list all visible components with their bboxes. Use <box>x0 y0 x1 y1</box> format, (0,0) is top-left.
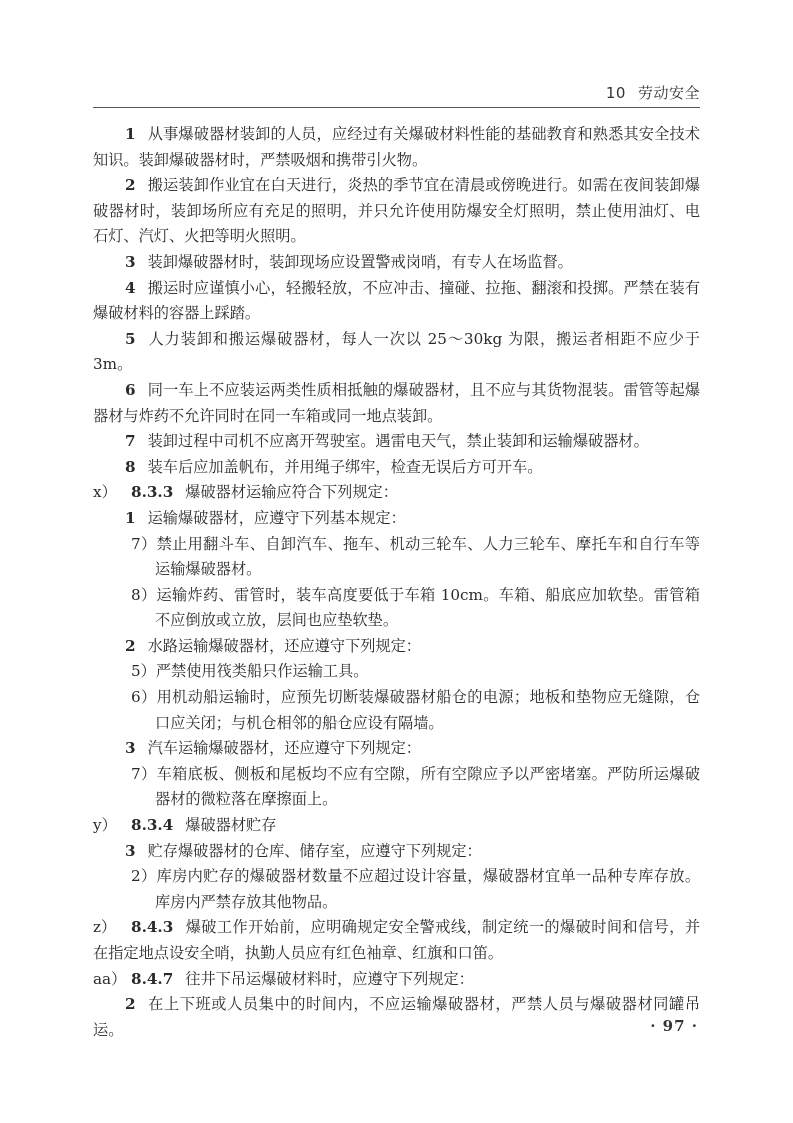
chapter-title: 劳动安全 <box>638 84 700 102</box>
item-number: 7 <box>125 432 136 450</box>
paragraph-sub2: 7）禁止用翻斗车、自卸汽车、拖车、机动三轮车、人力三轮车、摩托车和自行车等运输爆… <box>93 532 700 583</box>
item-number: 5） <box>131 662 156 680</box>
paragraph-indent: 1从事爆破器材装卸的人员，应经过有关爆破材料性能的基础教育和熟悉其安全技术知识。… <box>93 122 700 173</box>
paragraph-text: 严禁使用筏类船只作运输工具。 <box>156 662 369 680</box>
paragraph-text: 搬运时应谨慎小心，轻搬轻放，不应冲击、撞碰、拉拖、翻滚和投掷。严禁在装有爆破材料… <box>93 279 700 323</box>
paragraph-text: 爆破工作开始前，应明确规定安全警戒线，制定统一的爆破时间和信号，并在指定地点设安… <box>93 918 700 962</box>
paragraph-sub2: 7）车箱底板、侧板和尾板均不应有空隙，所有空隙应予以严密堵塞。严防所运爆破器材的… <box>93 762 700 813</box>
clause-label: aa） <box>93 967 131 993</box>
paragraph-text: 爆破器材贮存 <box>185 816 276 834</box>
item-number: 2） <box>131 867 157 885</box>
paragraph-text: 水路运输爆破器材，还应遵守下列规定： <box>148 637 421 655</box>
paragraph-text: 用机动船运输时，应预先切断装爆破器材船仓的电源；地板和垫物应无缝隙，仓口应关闭；… <box>155 688 700 732</box>
paragraph-indent: 2搬运装卸作业宜在白天进行，炎热的季节宜在清晨或傍晚进行。如需在夜间装卸爆破器材… <box>93 173 700 250</box>
paragraph-text: 往井下吊运爆破材料时，应遵守下列规定： <box>185 970 474 988</box>
item-number: 3 <box>125 253 136 271</box>
paragraph-text: 装卸爆破器材时，装卸现场应设置警戒岗哨，有专人在场监督。 <box>148 253 573 271</box>
page-number: · 97 · <box>650 1017 698 1035</box>
item-number: 4 <box>125 279 136 297</box>
paragraph-text: 贮存爆破器材的仓库、储存室，应遵守下列规定： <box>148 842 482 860</box>
paragraph-text: 同一车上不应装运两类性质相抵触的爆破器材，且不应与其货物混装。雷管等起爆器材与炸… <box>93 381 700 425</box>
body-text: 1从事爆破器材装卸的人员，应经过有关爆破材料性能的基础教育和熟悉其安全技术知识。… <box>93 122 700 1043</box>
paragraph-clause: y）8.3.4爆破器材贮存 <box>93 813 700 839</box>
paragraph-text: 爆破器材运输应符合下列规定： <box>185 483 398 501</box>
paragraph-clause: aa）8.4.7往井下吊运爆破材料时，应遵守下列规定： <box>93 967 700 993</box>
paragraph-text: 汽车运输爆破器材，还应遵守下列规定： <box>148 739 421 757</box>
item-number: 1 <box>125 125 136 143</box>
item-number: 7） <box>131 765 157 783</box>
paragraph-indent: 6同一车上不应装运两类性质相抵触的爆破器材，且不应与其货物混装。雷管等起爆器材与… <box>93 378 700 429</box>
clause-number: 8.4.7 <box>131 970 173 988</box>
paragraph-text: 装车后应加盖帆布，并用绳子绑牢，检查无误后方可开车。 <box>148 458 543 476</box>
header-rule <box>93 107 700 108</box>
item-number: 2 <box>125 176 136 194</box>
paragraph-sub1: 3贮存爆破器材的仓库、储存室，应遵守下列规定： <box>93 839 700 865</box>
item-number: 1 <box>125 509 136 527</box>
paragraph-sub1: 1运输爆破器材，应遵守下列基本规定： <box>93 506 700 532</box>
clause-label: z） <box>93 915 131 941</box>
paragraph-indent: 3装卸爆破器材时，装卸现场应设置警戒岗哨，有专人在场监督。 <box>93 250 700 276</box>
paragraph-clause: x）8.3.3爆破器材运输应符合下列规定： <box>93 480 700 506</box>
item-number: 6） <box>131 688 157 706</box>
item-number: 2 <box>125 637 136 655</box>
item-number: 8） <box>131 586 156 604</box>
clause-label: x） <box>93 480 131 506</box>
paragraph-text: 装卸过程中司机不应离开驾驶室。遇雷电天气，禁止装卸和运输爆破器材。 <box>148 432 649 450</box>
paragraph-text: 人力装卸和搬运爆破器材，每人一次以 25～30kg 为限，搬运者相距不应少于 3… <box>93 330 700 374</box>
paragraph-indent: 2在上下班或人员集中的时间内，不应运输爆破器材，严禁人员与爆破器材同罐吊运。 <box>93 992 700 1043</box>
paragraph-sub2: 8）运输炸药、雷管时，装车高度要低于车箱 10cm。车箱、船底应加软垫。雷管箱不… <box>93 583 700 634</box>
clause-number: 8.3.3 <box>131 483 173 501</box>
paragraph-sub2: 2）库房内贮存的爆破器材数量不应超过设计容量，爆破器材宜单一品种专库存放。库房内… <box>93 864 700 915</box>
paragraph-text: 禁止用翻斗车、自卸汽车、拖车、机动三轮车、人力三轮车、摩托车和自行车等运输爆破器… <box>155 535 700 579</box>
item-number: 8 <box>125 458 136 476</box>
item-number: 3 <box>125 842 136 860</box>
chapter-number: 10 <box>606 84 626 102</box>
paragraph-clause: z）8.4.3爆破工作开始前，应明确规定安全警戒线，制定统一的爆破时间和信号，并… <box>93 915 700 966</box>
paragraph-indent: 5人力装卸和搬运爆破器材，每人一次以 25～30kg 为限，搬运者相距不应少于 … <box>93 327 700 378</box>
item-number: 7） <box>131 535 157 553</box>
paragraph-sub2: 5）严禁使用筏类船只作运输工具。 <box>93 659 700 685</box>
item-number: 5 <box>125 330 136 348</box>
clause-number: 8.3.4 <box>131 816 173 834</box>
paragraph-text: 在上下班或人员集中的时间内，不应运输爆破器材，严禁人员与爆破器材同罐吊运。 <box>93 995 700 1039</box>
paragraph-sub1: 2水路运输爆破器材，还应遵守下列规定： <box>93 634 700 660</box>
header-chapter: 10劳动安全 <box>606 82 700 103</box>
item-number: 6 <box>125 381 136 399</box>
paragraph-text: 运输炸药、雷管时，装车高度要低于车箱 10cm。车箱、船底应加软垫。雷管箱不应倒… <box>155 586 700 630</box>
clause-number: 8.4.3 <box>131 918 173 936</box>
paragraph-text: 库房内贮存的爆破器材数量不应超过设计容量，爆破器材宜单一品种专库存放。库房内严禁… <box>155 867 700 911</box>
paragraph-indent: 4搬运时应谨慎小心，轻搬轻放，不应冲击、撞碰、拉拖、翻滚和投掷。严禁在装有爆破材… <box>93 276 700 327</box>
paragraph-text: 从事爆破器材装卸的人员，应经过有关爆破材料性能的基础教育和熟悉其安全技术知识。装… <box>93 125 700 169</box>
paragraph-text: 运输爆破器材，应遵守下列基本规定： <box>148 509 406 527</box>
paragraph-text: 车箱底板、侧板和尾板均不应有空隙，所有空隙应予以严密堵塞。严防所运爆破器材的微粒… <box>155 765 700 809</box>
paragraph-text: 搬运装卸作业宜在白天进行，炎热的季节宜在清晨或傍晚进行。如需在夜间装卸爆破器材时… <box>93 176 700 245</box>
paragraph-sub1: 3汽车运输爆破器材，还应遵守下列规定： <box>93 736 700 762</box>
item-number: 3 <box>125 739 136 757</box>
paragraph-indent: 7装卸过程中司机不应离开驾驶室。遇雷电天气，禁止装卸和运输爆破器材。 <box>93 429 700 455</box>
item-number: 2 <box>125 995 136 1013</box>
clause-label: y） <box>93 813 131 839</box>
paragraph-sub2: 6）用机动船运输时，应预先切断装爆破器材船仓的电源；地板和垫物应无缝隙，仓口应关… <box>93 685 700 736</box>
paragraph-indent: 8装车后应加盖帆布，并用绳子绑牢，检查无误后方可开车。 <box>93 455 700 481</box>
running-header: 10劳动安全 <box>93 78 700 108</box>
